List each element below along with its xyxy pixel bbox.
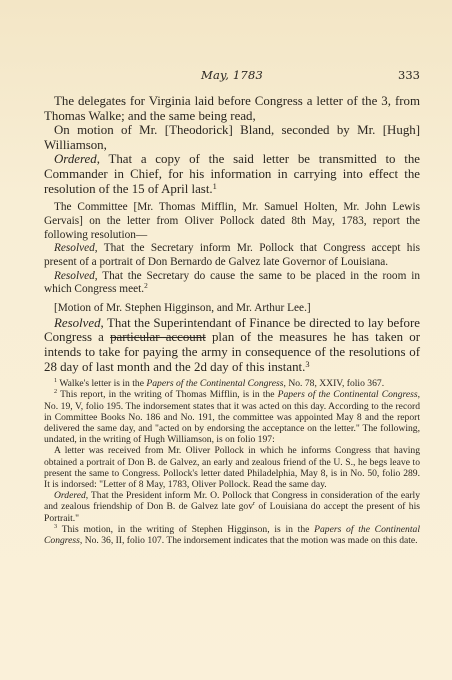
resolved-label: Resolved xyxy=(54,270,95,282)
page-number: 333 xyxy=(398,68,420,82)
paragraph-delegates-letter: The delegates for Virginia laid before C… xyxy=(44,94,420,123)
paragraph-committee-report: The Committee [Mr. Thomas Mifflin, Mr. S… xyxy=(44,201,420,242)
resolved-label: Resolved xyxy=(54,316,101,330)
footnote-2: 2 This report, in the writing of Thomas … xyxy=(44,389,420,445)
paragraph-resolved-portrait: Resolved, That the Secretary inform Mr. … xyxy=(44,242,420,269)
footnotes: 1 Walke's letter is in the Papers of the… xyxy=(44,378,420,546)
struck-text: particular account xyxy=(110,330,206,344)
document-page: May, 1783 333 The delegates for Virginia… xyxy=(44,68,420,546)
paragraph-resolved-placement: Resolved, That the Secretary do cause th… xyxy=(44,270,420,297)
footnote-3: 3 This motion, in the writing of Stephen… xyxy=(44,524,420,546)
footnote-2-ordered: Ordered, That the President inform Mr. O… xyxy=(44,490,420,524)
footnote-ref-3: 3 xyxy=(305,360,309,369)
footnote-1: 1 Walke's letter is in the Papers of the… xyxy=(44,378,420,389)
ordered-label: Ordered xyxy=(54,152,97,166)
footnote-2-continuation: A letter was received from Mr. Oliver Po… xyxy=(44,445,420,490)
running-head: May, 1783 333 xyxy=(44,68,420,84)
footnote-ref-2: 2 xyxy=(144,281,148,290)
resolved-label: Resolved xyxy=(54,242,95,254)
body-text: The delegates for Virginia laid before C… xyxy=(44,94,420,374)
paragraph-ordered-copy: Ordered, That a copy of the said letter … xyxy=(44,152,420,196)
footnote-ref-1: 1 xyxy=(213,182,217,191)
paragraph-resolved-finance: Resolved, That the Superintendant of Fin… xyxy=(44,316,420,374)
paragraph-motion-bland: On motion of Mr. [Theodorick] Bland, sec… xyxy=(44,123,420,152)
running-head-title: May, 1783 xyxy=(44,68,420,82)
paragraph-motion-higginson: [Motion of Mr. Stephen Higginson, and Mr… xyxy=(44,302,420,316)
